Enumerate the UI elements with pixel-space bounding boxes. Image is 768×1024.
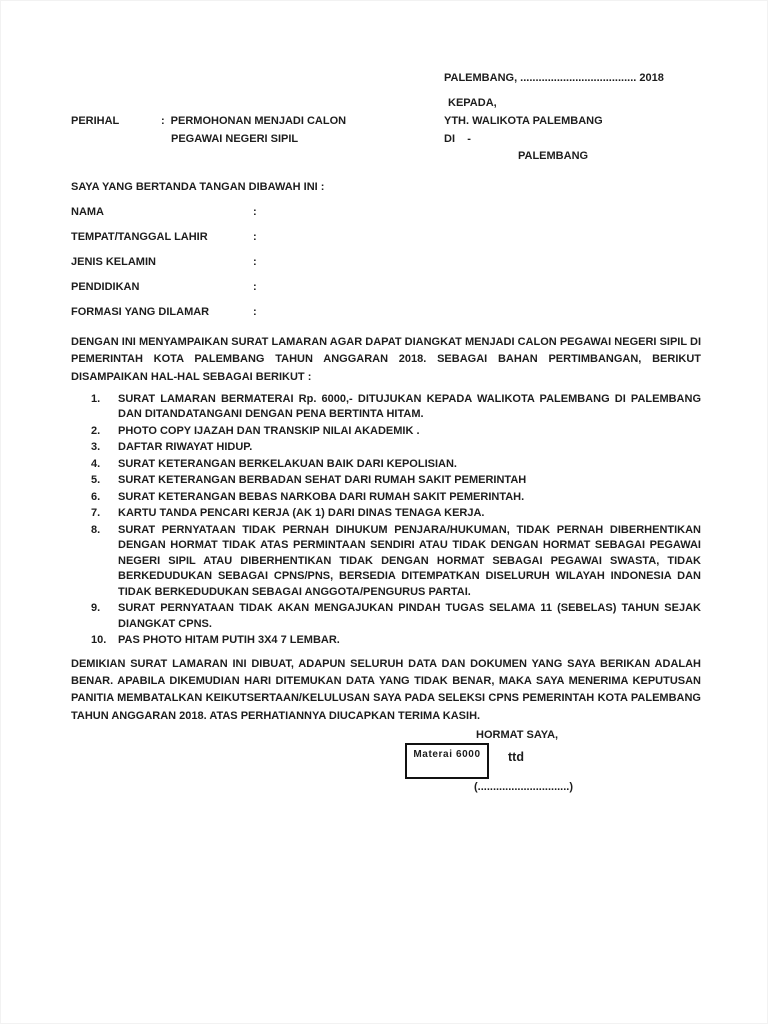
signature-salutation: HORMAT SAYA, xyxy=(476,729,558,741)
requirements-list: SURAT LAMARAN BERMATERAI Rp. 6000,- DITU… xyxy=(71,392,701,649)
recipient-kepada: KEPADA, xyxy=(448,97,497,109)
list-item: PHOTO COPY IJAZAH DAN TRANSKIP NILAI AKA… xyxy=(71,424,701,440)
identity-fields: NAMA : TEMPAT/TANGGAL LAHIR : JENIS KELA… xyxy=(71,206,701,331)
recipient-yth: YTH. WALIKOTA PALEMBANG xyxy=(444,115,603,127)
materai-stamp-box: Materai 6000 xyxy=(405,743,489,779)
field-colon: : xyxy=(253,231,263,243)
date-line: PALEMBANG, .............................… xyxy=(444,72,664,84)
field-row-jenis-kelamin: JENIS KELAMIN : xyxy=(71,256,701,281)
field-label: FORMASI YANG DILAMAR xyxy=(71,306,253,318)
list-item: DAFTAR RIWAYAT HIDUP. xyxy=(71,440,701,456)
field-colon: : xyxy=(253,306,263,318)
field-label: TEMPAT/TANGGAL LAHIR xyxy=(71,231,253,243)
list-item: SURAT PERNYATAAN TIDAK AKAN MENGAJUKAN P… xyxy=(71,601,701,632)
recipient-di: DI - xyxy=(444,133,471,145)
signature-ttd: ttd xyxy=(508,750,524,764)
list-item: KARTU TANDA PENCARI KERJA (AK 1) DARI DI… xyxy=(71,506,701,522)
perihal-subject-text: PERMOHONAN MENJADI CALON xyxy=(171,115,346,127)
opening-statement: SAYA YANG BERTANDA TANGAN DIBAWAH INI : xyxy=(71,179,701,196)
perihal-subject-line2: PEGAWAI NEGERI SIPIL xyxy=(171,133,298,145)
field-colon: : xyxy=(253,206,263,218)
list-item: PAS PHOTO HITAM PUTIH 3X4 7 LEMBAR. xyxy=(71,633,701,649)
perihal-label: PERIHAL xyxy=(71,115,119,127)
list-item: SURAT PERNYATAAN TIDAK PERNAH DIHUKUM PE… xyxy=(71,523,701,601)
field-label: NAMA xyxy=(71,206,253,218)
closing-paragraph: DEMIKIAN SURAT LAMARAN INI DIBUAT, ADAPU… xyxy=(71,656,701,725)
materai-stamp-label: Materai 6000 xyxy=(407,749,487,760)
perihal-colon: : xyxy=(161,115,165,127)
intro-paragraph: DENGAN INI MENYAMPAIKAN SURAT LAMARAN AG… xyxy=(71,334,701,386)
list-item: SURAT KETERANGAN BERBADAN SEHAT DARI RUM… xyxy=(71,473,701,489)
field-label: PENDIDIKAN xyxy=(71,281,253,293)
field-row-tempat-tanggal-lahir: TEMPAT/TANGGAL LAHIR : xyxy=(71,231,701,256)
list-item: SURAT KETERANGAN BEBAS NARKOBA DARI RUMA… xyxy=(71,490,701,506)
field-row-formasi: FORMASI YANG DILAMAR : xyxy=(71,306,701,331)
field-row-pendidikan: PENDIDIKAN : xyxy=(71,281,701,306)
signature-name-line: (..............................) xyxy=(474,781,573,793)
field-row-nama: NAMA : xyxy=(71,206,701,231)
perihal-subject-line1: :PERMOHONAN MENJADI CALON xyxy=(161,115,346,127)
signature-block: HORMAT SAYA, Materai 6000 ttd (.........… xyxy=(71,729,701,819)
field-colon: : xyxy=(253,281,263,293)
list-item: SURAT LAMARAN BERMATERAI Rp. 6000,- DITU… xyxy=(71,392,701,423)
letter-page: PALEMBANG, .............................… xyxy=(0,0,768,1024)
field-label: JENIS KELAMIN xyxy=(71,256,253,268)
field-colon: : xyxy=(253,256,263,268)
recipient-city: PALEMBANG xyxy=(518,150,588,162)
letter-body: SAYA YANG BERTANDA TANGAN DIBAWAH INI : … xyxy=(71,179,701,819)
letter-header: PALEMBANG, .............................… xyxy=(1,1,768,179)
list-item: SURAT KETERANGAN BERKELAKUAN BAIK DARI K… xyxy=(71,457,701,473)
